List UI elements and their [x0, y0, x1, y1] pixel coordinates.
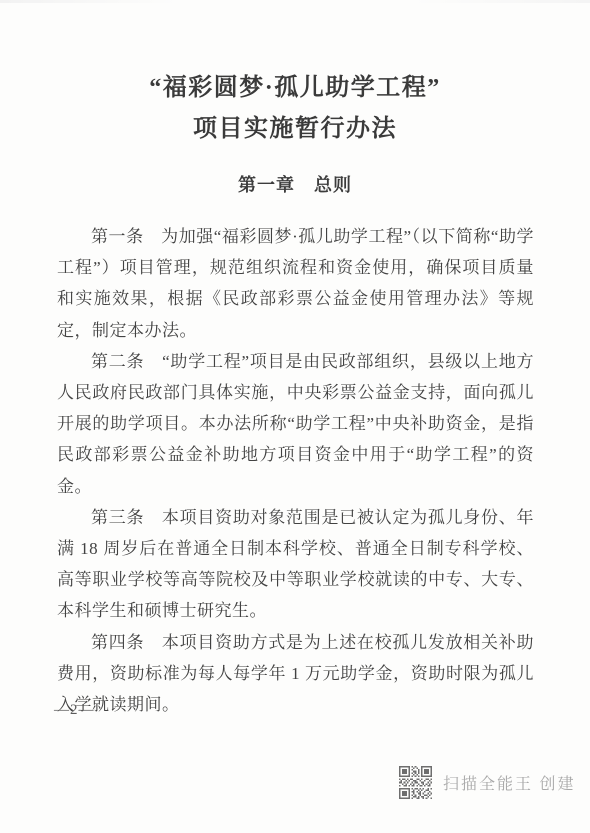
document-title-line1: “福彩圆梦·孤儿助学工程” — [0, 68, 590, 109]
page-number: —2— — [54, 702, 95, 719]
paragraph-article-4: 第四条 本项目资助方式是为上述在校孤儿发放相关补助费用，资助标准为每人每学年 1… — [57, 627, 534, 721]
qr-code-icon — [399, 766, 432, 799]
document-body: 第一条 为加强“福彩圆梦·孤儿助学工程”（以下简称“助学工程”）项目管理，规范组… — [57, 221, 534, 720]
chapter-heading: 第一章 总则 — [0, 171, 590, 197]
document-title-line2: 项目实施暂行办法 — [0, 109, 590, 150]
paragraph-article-2: 第二条 “助学工程”项目是由民政部组织，县级以上地方人民政府民政部门具体实施，中… — [57, 346, 534, 502]
scanned-document-page: “福彩圆梦·孤儿助学工程” 项目实施暂行办法 第一章 总则 第一条 为加强“福彩… — [0, 0, 590, 833]
camscanner-watermark-label: 扫描全能王 创建 — [443, 771, 575, 794]
document-title: “福彩圆梦·孤儿助学工程” 项目实施暂行办法 — [0, 68, 590, 150]
paragraph-article-1: 第一条 为加强“福彩圆梦·孤儿助学工程”（以下简称“助学工程”）项目管理，规范组… — [57, 221, 534, 346]
camscanner-watermark: 扫描全能王 创建 — [399, 766, 575, 799]
paragraph-article-3: 第三条 本项目资助对象范围是已被认定为孤儿身份、年满 18 周岁后在普通全日制本… — [57, 502, 534, 627]
scan-artifact — [0, 0, 590, 3]
